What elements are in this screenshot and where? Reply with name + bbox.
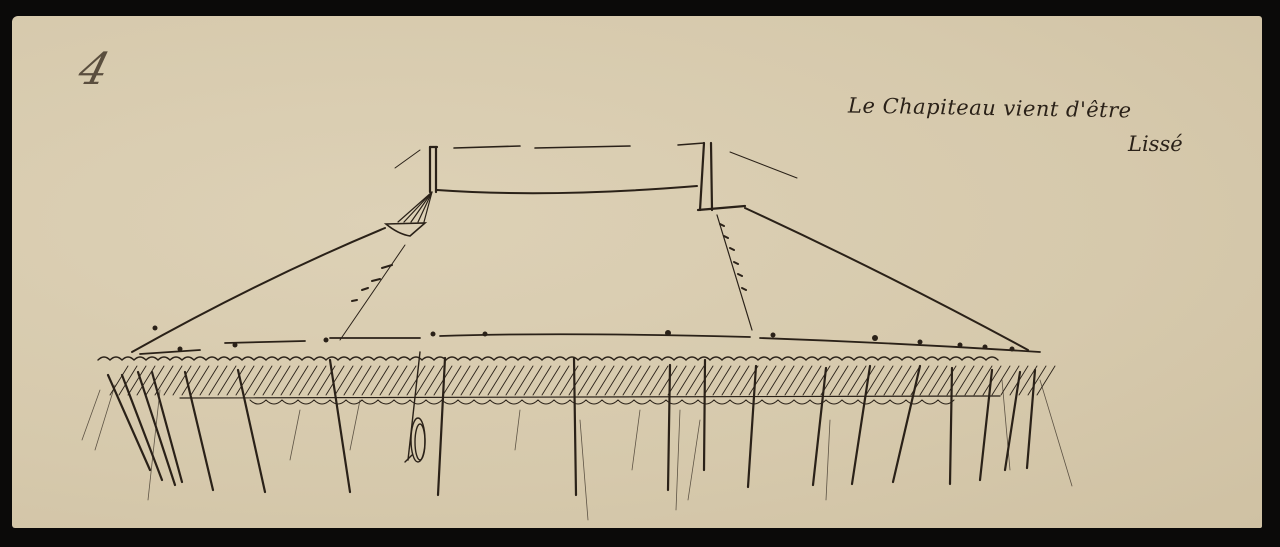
top-lines [395, 143, 797, 193]
tent-roof [132, 208, 1028, 352]
grommets [153, 326, 1015, 352]
eave [140, 334, 1040, 354]
mast-left [430, 147, 437, 192]
poles [108, 352, 1035, 495]
tent-drawing [0, 0, 1280, 547]
mast-right [698, 143, 745, 210]
rigging-left [386, 192, 432, 236]
